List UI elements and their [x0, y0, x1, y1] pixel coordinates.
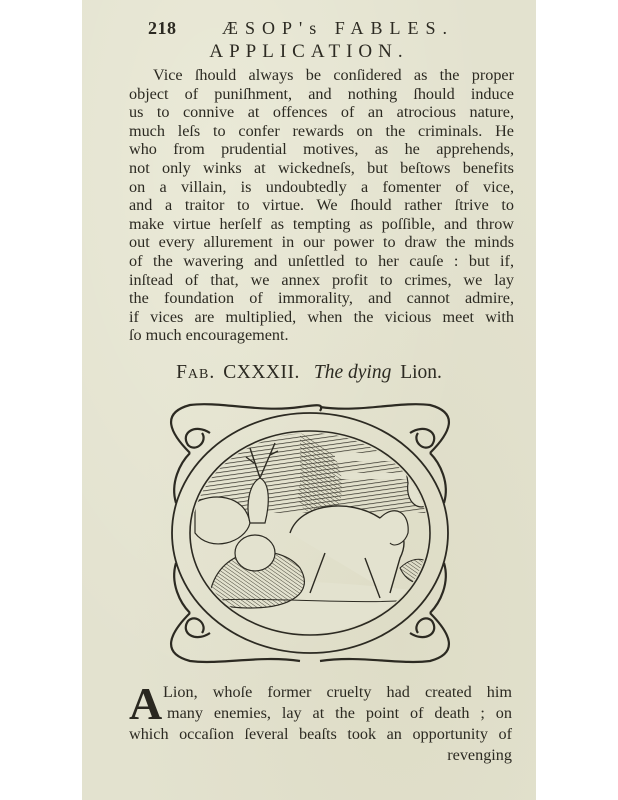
text-line: make virtue herſelf as tempting as poſſi… — [129, 215, 514, 234]
application-heading: APPLICATION. — [82, 41, 536, 63]
fable-title: Fab.CXXXII.The dying Lion. — [82, 362, 536, 384]
text-line: if vices are multiplied, when the viciou… — [129, 308, 514, 327]
text-line: not only winks at wickedneſs, but beſtow… — [129, 159, 514, 178]
fable-number: CXXXII. — [223, 362, 300, 383]
text-line: object of puniſhment, and nothing ſhould… — [129, 85, 514, 104]
text-line: and a traitor to virtue. We ſhould rathe… — [129, 196, 514, 215]
text-line: revenging — [129, 745, 512, 766]
text-line: much leſs to confer rewards on the crimi… — [129, 122, 514, 141]
drop-cap: A — [129, 684, 162, 724]
fable-title-italic: The dying — [314, 362, 391, 383]
woodcut-illustration — [150, 393, 470, 673]
text-line: Vice ſhould always be conſidered as the … — [129, 66, 514, 85]
text-line: many enemies, lay at the point of death … — [167, 703, 512, 724]
text-line: ſo much encouragement. — [129, 326, 514, 345]
book-page: 218 ÆSOP's FABLES. APPLICATION. Vice ſho… — [82, 0, 536, 800]
scene — [180, 423, 440, 643]
text-line: out every allurement in our power to dra… — [129, 233, 514, 252]
dying-lion-woodcut-icon — [150, 393, 470, 673]
text-line: who from prudential motives, as he appre… — [129, 140, 514, 159]
text-line: of the wavering and unſettled to her cau… — [129, 252, 514, 271]
fable-title-roman: Lion. — [400, 362, 442, 383]
running-head: 218 ÆSOP's FABLES. — [148, 18, 468, 40]
text-line: Lion, whoſe former cruelty had created h… — [163, 682, 512, 703]
text-line: inſtead of that, we annex profit to crim… — [129, 271, 514, 290]
page-number: 218 — [148, 18, 177, 39]
application-text: Vice ſhould always be conſidered as the … — [129, 66, 514, 345]
fable-text: A Lion, whoſe former cruelty had created… — [129, 682, 512, 766]
text-line: on a villain, is undoubtedly a fomenter … — [129, 178, 514, 197]
text-line: which occaſion ſeveral beaſts took an op… — [129, 724, 512, 745]
text-line: us to connive at offences of an atrociou… — [129, 103, 514, 122]
text-line: the foundation of immorality, and cannot… — [129, 289, 514, 308]
running-title: ÆSOP's FABLES. — [222, 18, 454, 39]
fable-label: Fab. — [176, 362, 215, 383]
